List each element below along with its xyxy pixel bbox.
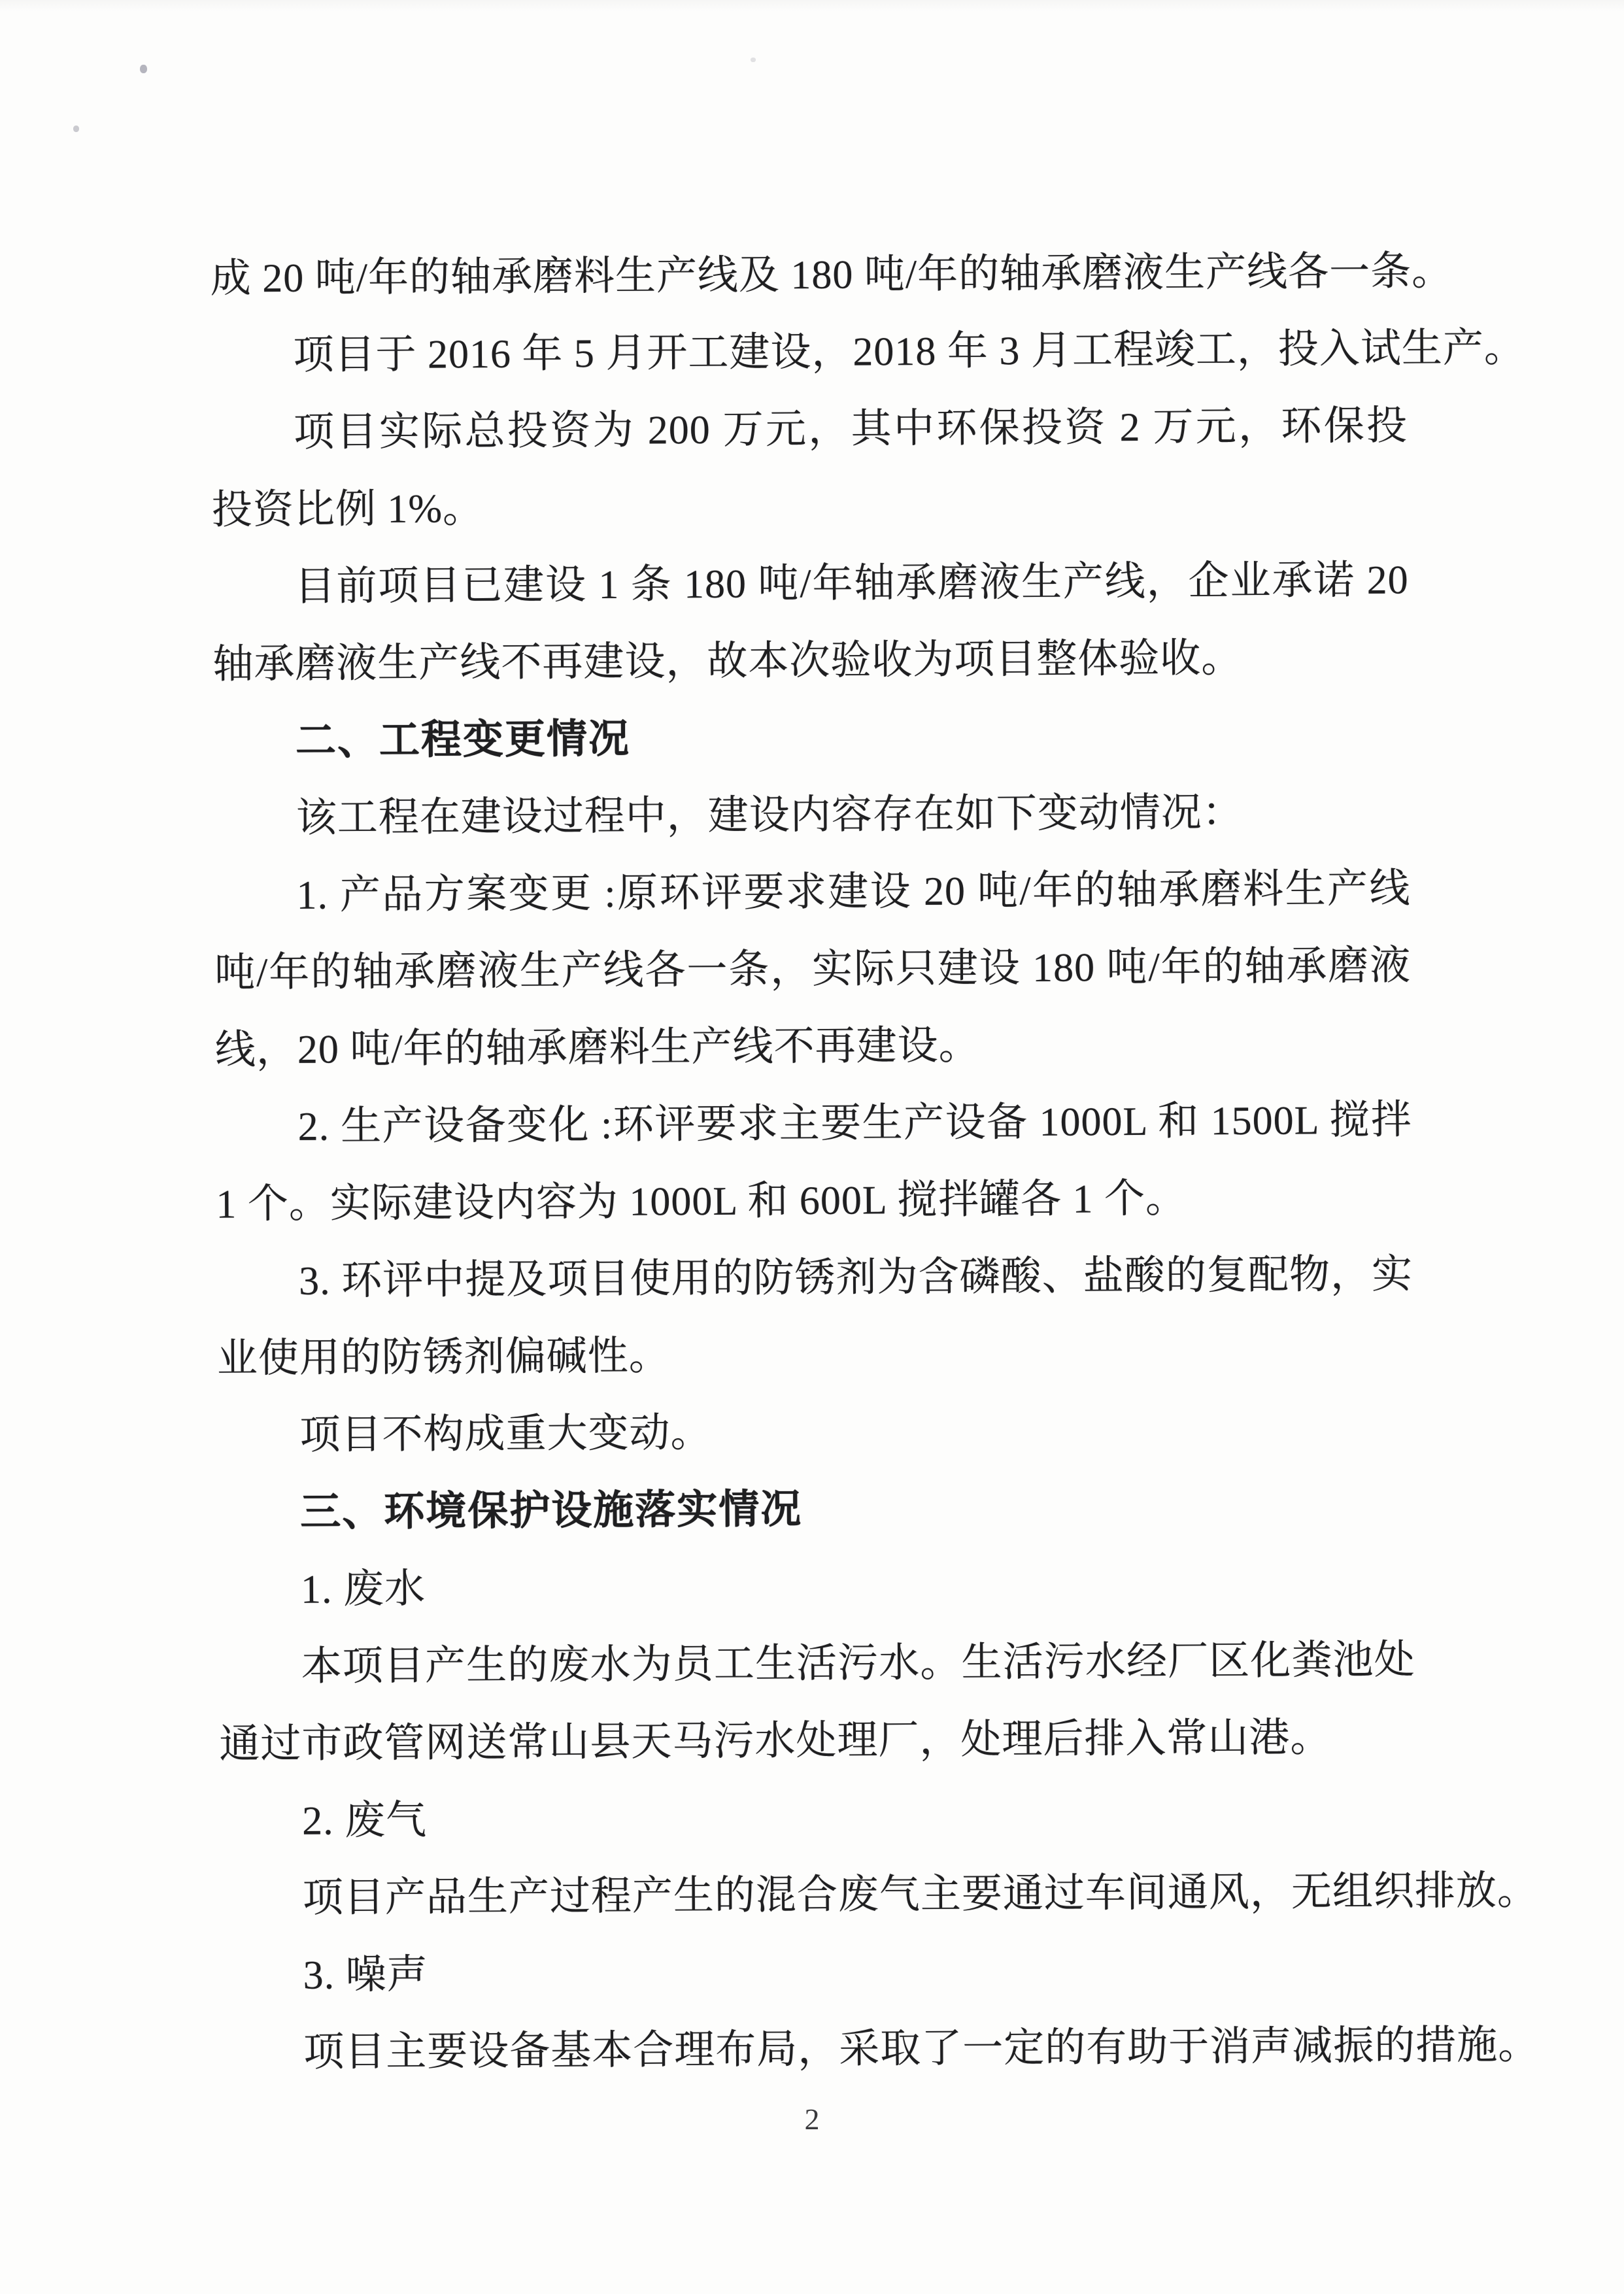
body-line: 3. 环评中提及项目使用的防锈剂为含磷酸、盐酸的复配物，实际企 [216,1236,1413,1320]
section-heading-3: 三、环境保护设施落实情况 [218,1467,1415,1551]
page-number: 2 [0,2102,1624,2136]
body-line: 项目产品生产过程产生的混合废气主要通过车间通风，无组织排放。 [220,1853,1417,1937]
body-line: 2. 生产设备变化 :环评要求主要生产设备 1000L 和 1500L 搅拌罐各 [215,1081,1412,1166]
document-page: 成 20 吨/年的轴承磨料生产线及 180 吨/年的轴承磨液生产线各一条。 项目… [0,0,1624,2294]
body-line: 吨/年的轴承磨液生产线各一条，实际只建设 180 吨/年的轴承磨液生产 [214,927,1412,1011]
document-body: 成 20 吨/年的轴承磨料生产线及 180 吨/年的轴承磨液生产线各一条。 项目… [210,233,1417,2091]
body-line: 投资比例 1%。 [212,464,1409,548]
body-line: 项目不构成重大变动。 [217,1390,1414,1474]
body-line: 线，20 吨/年的轴承磨料生产线不再建设。 [215,1004,1412,1088]
body-line: 3. 噪声 [220,1930,1417,2014]
scan-speckle [140,65,147,73]
body-line: 目前项目已建设 1 条 180 吨/年轴承磨液生产线，企业承诺 20 吨/年 [212,541,1409,626]
scan-speckle [751,58,756,62]
body-line: 成 20 吨/年的轴承磨料生产线及 180 吨/年的轴承磨液生产线各一条。 [210,233,1407,317]
body-line: 项目实际总投资为 200 万元，其中环保投资 2 万元，环保投资占总 [211,387,1408,471]
body-line: 通过市政管网送常山县天马污水处理厂，处理后排入常山港。 [219,1698,1416,1783]
body-line: 本项目产生的废水为员工生活污水。生活污水经厂区化粪池处理后 [218,1621,1415,1706]
scan-speckle [73,126,79,132]
body-line: 2. 废气 [220,1776,1417,1860]
body-line: 1. 废水 [218,1544,1415,1628]
body-line: 轴承磨液生产线不再建设，故本次验收为项目整体验收。 [212,618,1410,703]
body-line: 项目主要设备基本合理布局，采取了一定的有助于消声减振的措施。 [221,2007,1418,2091]
body-line: 该工程在建设过程中，建设内容存在如下变动情况： [213,773,1410,857]
body-line: 1 个。实际建设内容为 1000L 和 600L 搅拌罐各 1 个。 [216,1158,1413,1243]
body-line: 业使用的防锈剂偏碱性。 [216,1313,1413,1397]
body-line: 项目于 2016 年 5 月开工建设，2018 年 3 月工程竣工，投入试生产。 [211,310,1408,394]
body-line: 1. 产品方案变更 :原环评要求建设 20 吨/年的轴承磨料生产线及 180 [214,850,1411,934]
section-heading-2: 二、工程变更情况 [213,696,1410,780]
